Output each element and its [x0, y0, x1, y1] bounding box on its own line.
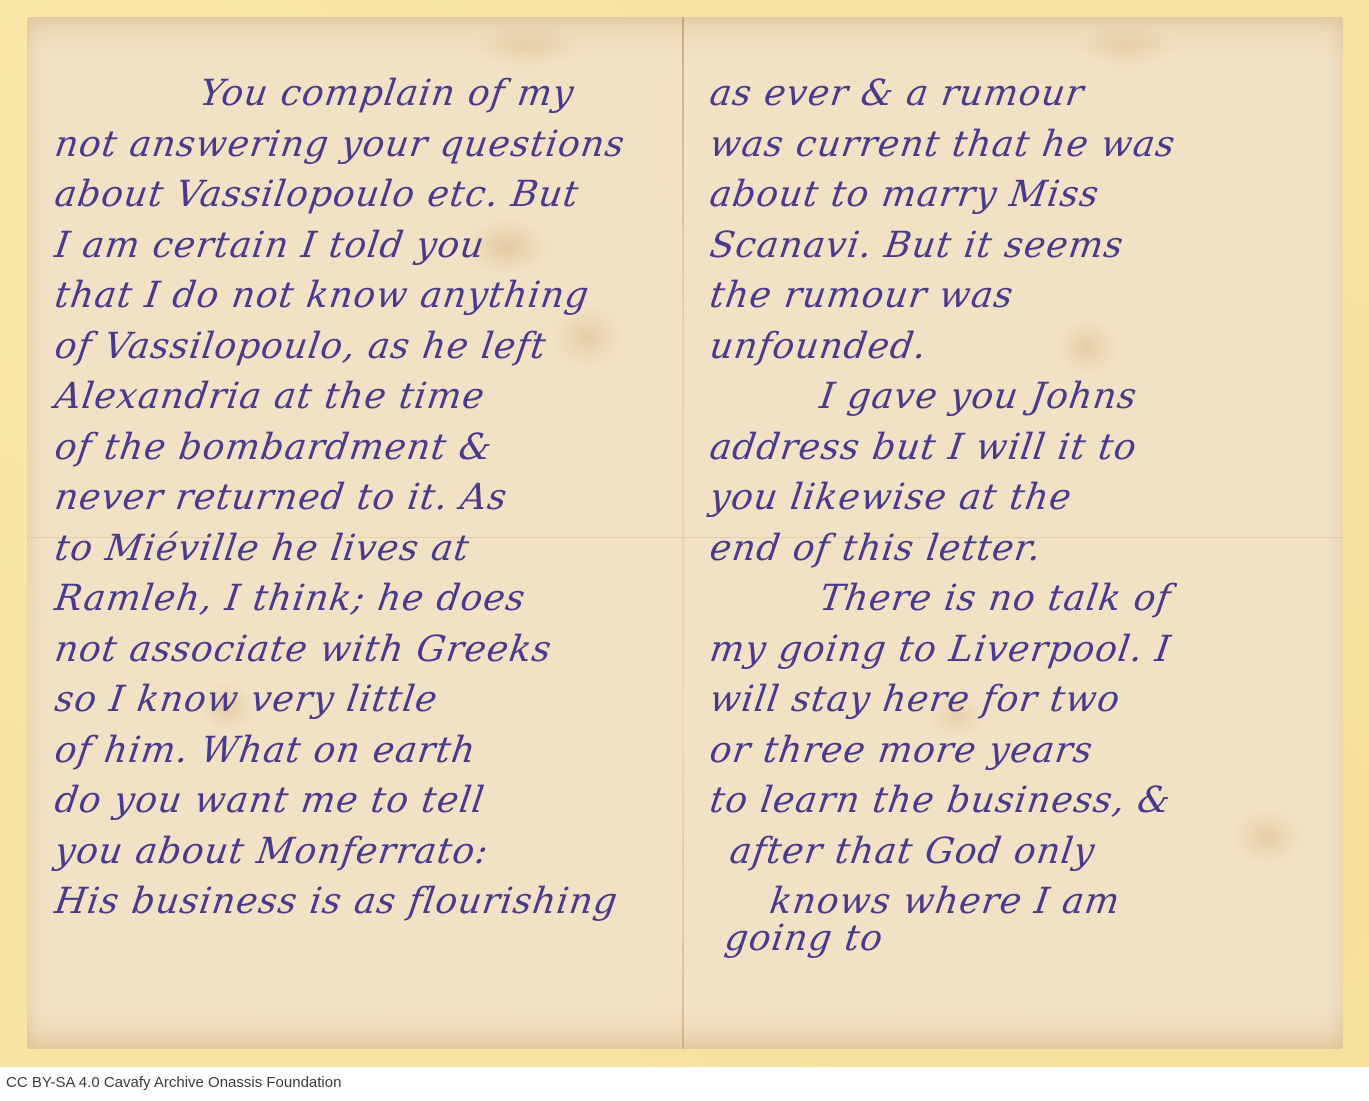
- letter-line: unfounded.: [706, 322, 1323, 373]
- letter-line: about to marry Miss: [706, 170, 1323, 221]
- letter-line: do you want me to tell: [51, 776, 683, 827]
- letter-line: I gave you Johns: [706, 372, 1323, 423]
- letter-line: Alexandria at the time: [51, 372, 683, 423]
- letter-sheet: You complain of my not answering your qu…: [27, 17, 1343, 1049]
- letter-line: was current that he was: [706, 120, 1323, 171]
- letter-line: will stay here for two: [706, 675, 1323, 726]
- letter-line: never returned to it. As: [51, 473, 683, 524]
- letter-line: end of this letter.: [706, 524, 1323, 575]
- letter-line: Scanavi. But it seems: [706, 221, 1323, 272]
- letter-line: so I know very little: [51, 675, 683, 726]
- license-caption: CC BY-SA 4.0 Cavafy Archive Onassis Foun…: [6, 1074, 341, 1091]
- left-page: You complain of my not answering your qu…: [55, 69, 680, 928]
- letter-line: of the bombardment &: [51, 423, 683, 474]
- letter-line: to Miéville he lives at: [51, 524, 683, 575]
- letter-line: that I do not know anything: [51, 271, 683, 322]
- letter-line: my going to Liverpool. I: [706, 625, 1323, 676]
- letter-line: not associate with Greeks: [51, 625, 683, 676]
- right-page: as ever & a rumour was current that he w…: [710, 69, 1320, 964]
- letter-line: you about Monferrato:: [51, 827, 683, 878]
- letter-line: address but I will it to: [706, 423, 1323, 474]
- letter-line: as ever & a rumour: [706, 69, 1323, 120]
- letter-line: There is no talk of: [706, 574, 1323, 625]
- letter-line: not answering your questions: [51, 120, 683, 171]
- letter-line: or three more years: [706, 726, 1323, 777]
- letter-line: going to: [706, 914, 1323, 965]
- letter-line: to learn the business, &: [706, 776, 1323, 827]
- letter-line: about Vassilopoulo etc. But: [51, 170, 683, 221]
- letter-line: I am certain I told you: [51, 221, 683, 272]
- letter-line: you likewise at the: [706, 473, 1323, 524]
- letter-line: after that God only: [706, 827, 1323, 878]
- letter-line: the rumour was: [706, 271, 1323, 322]
- letter-line: Ramleh, I think; he does: [51, 574, 683, 625]
- letter-line: of Vassilopoulo, as he left: [51, 322, 683, 373]
- letter-line: of him. What on earth: [51, 726, 683, 777]
- letter-line: His business is as flourishing: [51, 877, 683, 928]
- letter-line: You complain of my: [51, 69, 683, 120]
